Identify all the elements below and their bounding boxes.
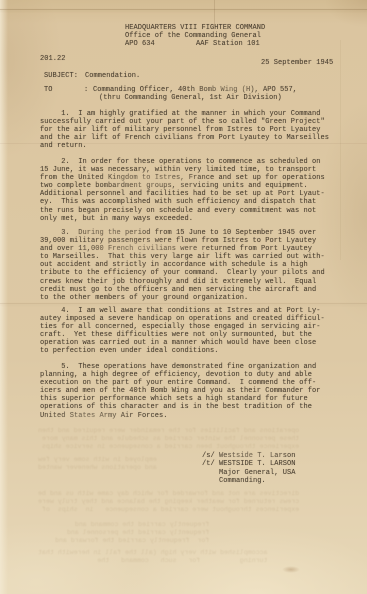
- crease-vertical-top: [214, 0, 215, 26]
- date-line: 25 September 1945: [261, 59, 333, 67]
- letterhead-apo: APO 634: [125, 40, 155, 48]
- subject-value: Commendation.: [85, 72, 140, 80]
- letterhead-command: HEADQUARTERS VIII FIGHTER COMMAND: [125, 24, 265, 32]
- paragraph-5: 5. These operations have demonstrated fi…: [40, 363, 321, 420]
- to-label: TO: [44, 86, 53, 94]
- file-number: 201.22: [40, 55, 66, 63]
- fold-crease-middle: [0, 303, 367, 304]
- scan-edge: [0, 0, 8, 594]
- paragraph-3: 3. During the period from 15 June to 10 …: [40, 229, 325, 302]
- to-colon: :: [84, 86, 88, 94]
- bleedthrough-text: frequently carried the command and frequ…: [55, 521, 209, 545]
- bleedthrough-text: operations and facilities for the remain…: [38, 427, 299, 451]
- letterhead-office: Office of the Commanding General: [125, 32, 261, 40]
- bleedthrough-text: accomplished with very high (all the fal…: [38, 549, 268, 565]
- paragraph-1: 1. I am highly gratified at the manner i…: [40, 110, 329, 150]
- letter-document: operations and facilities for the remain…: [0, 0, 367, 594]
- signature-block: /s/ Westside T. Larson /t/ WESTSIDE T. L…: [202, 452, 296, 486]
- letterhead-station: AAF Station 101: [196, 40, 260, 48]
- to-addressee: Commanding Officer, 40th Bomb Wing (H), …: [93, 86, 297, 94]
- bleedthrough-text: employed in with some very few and opera…: [38, 456, 157, 472]
- subject-label: SUBJECT:: [44, 72, 78, 80]
- bleedthrough-text: directives are not and forwarded for whi…: [38, 490, 299, 514]
- paragraph-4: 4. I am well aware that conditions at Is…: [40, 307, 325, 356]
- crease-vertical-right: [340, 40, 341, 260]
- paragraph-2: 2. In order for these operations to comm…: [40, 158, 325, 223]
- fold-crease-top: [0, 9, 367, 10]
- to-thru: (thru Commanding General, 1st Air Divisi…: [99, 94, 282, 102]
- paper-stain: [282, 566, 300, 573]
